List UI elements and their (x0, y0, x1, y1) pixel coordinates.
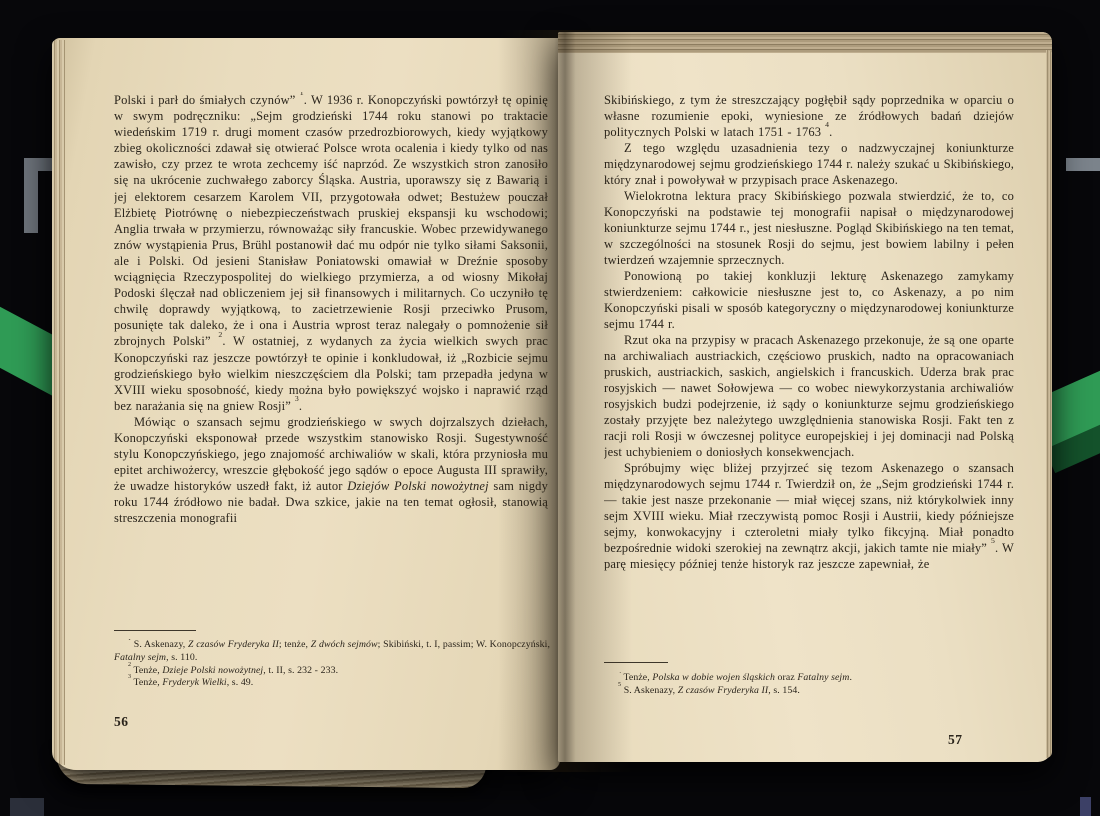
paragraph: Polski i parł do śmiałych czynów” 1. W 1… (114, 92, 548, 414)
footnote-rule (604, 662, 668, 663)
paragraph: Ponowioną po takiej konkluzji lekturę As… (604, 268, 1014, 332)
background-mark-bottom-left (10, 798, 44, 816)
footnote-rule (114, 630, 196, 631)
paragraph: Spróbujmy więc bliżej przyjrzeć się tezo… (604, 460, 1014, 572)
footnote: 3 Tenże, Fryderyk Wielki, s. 49. (114, 677, 550, 690)
page-edge-stack-left (52, 40, 65, 765)
left-page-footnotes: 1 S. Askenazy, Z czasów Fryderyka II; te… (114, 639, 550, 705)
left-page-text: Polski i parł do śmiałych czynów” 1. W 1… (114, 92, 548, 630)
page-edge-stack-top (558, 32, 1052, 53)
footnote: 2 Tenże, Dzieje Polski nowożytnej, t. II… (114, 665, 550, 678)
page-edge-stack-right (1046, 50, 1052, 758)
paragraph: Rzut oka na przypisy w pracach Askenazeg… (604, 332, 1014, 460)
paragraph: Mówiąc o szansach sejmu grodzieńskiego w… (114, 414, 548, 527)
right-page: Skibińskiego, z tym że streszczający pog… (558, 32, 1052, 762)
corner-bracket-right-icon (1066, 158, 1100, 233)
page-number-right: 57 (948, 732, 963, 748)
footnote: 4 Tenże, Polska w dobie wojen śląskich o… (604, 672, 1014, 685)
paragraph: Wielokrotna lektura pracy Skibińskiego p… (604, 188, 1014, 268)
background-mark-bottom-right (1080, 797, 1091, 816)
paragraph: Z tego względu uzasadnienia tezy o nadzw… (604, 140, 1014, 188)
right-page-text: Skibińskiego, z tym że streszczający pog… (604, 92, 1014, 658)
right-page-footnotes: 4 Tenże, Polska w dobie wojen śląskich o… (604, 672, 1014, 702)
left-page: Polski i parł do śmiałych czynów” 1. W 1… (52, 38, 560, 770)
page-number-left: 56 (114, 714, 129, 730)
paragraph: Skibińskiego, z tym że streszczający pog… (604, 92, 1014, 140)
footnote: 1 S. Askenazy, Z czasów Fryderyka II; te… (114, 639, 550, 665)
footnote: 5 S. Askenazy, Z czasów Fryderyka II, s.… (604, 685, 1014, 698)
